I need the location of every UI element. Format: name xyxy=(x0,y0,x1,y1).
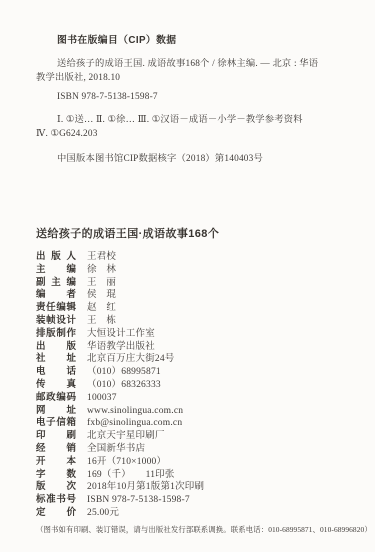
colophon-row-price: 定价 25.00元 xyxy=(36,507,361,520)
colophon-row-label: 副主编 xyxy=(36,277,76,290)
errata-footnote: （图书如有印刷、装订错误，请与出版社发行部联系调换。联系电话：010-68995… xyxy=(36,525,361,534)
colophon-row-label: 邮政编码 xyxy=(36,392,76,405)
colophon-row-value: 王 丽 xyxy=(87,277,116,290)
book-title: 送给孩子的成语王国·成语故事168个 xyxy=(36,228,361,241)
cip-classification: Ⅰ. ①送… Ⅱ. ①徐… Ⅲ. ①汉语－成语－小学－教学参考资料 Ⅳ. ①G6… xyxy=(36,113,361,141)
page-content: 图书在版编目（CIP）数据 送给孩子的成语王国. 成语故事168个 / 徐林主编… xyxy=(36,0,361,534)
colophon-row-compiler: 编者 侯 琨 xyxy=(36,289,361,302)
colophon-row-value: 徐 林 xyxy=(87,264,116,277)
colophon-row-value: 北京天宇星印刷厂 xyxy=(87,430,165,443)
cip-heading: 图书在版编目（CIP）数据 xyxy=(36,32,361,46)
cip-isbn: ISBN 978-7-5138-1598-7 xyxy=(36,90,361,104)
colophon-row-design: 装帧设计 王 栋 xyxy=(36,315,361,328)
colophon-row-format: 开本 16开（710×1000） xyxy=(36,456,361,469)
colophon-row-value: 华语教学出版社 xyxy=(87,341,155,354)
colophon-row-value: 169（千） 11印张 xyxy=(87,469,175,482)
colophon-row-value: ISBN 978-7-5138-1598-7 xyxy=(87,494,190,507)
colophon-row-label: 字数 xyxy=(36,469,76,482)
colophon-row-isbn: 标准书号 ISBN 978-7-5138-1598-7 xyxy=(36,494,361,507)
colophon-row-label: 装帧设计 xyxy=(36,315,76,328)
colophon-row-value: 全国新华书店 xyxy=(87,443,145,456)
colophon-row-value: 王 栋 xyxy=(87,315,116,328)
colophon-rows: 出版人 王君校 主编 徐 林 副主编 王 丽 编者 侯 琨 责任编辑 赵 红 装… xyxy=(36,251,361,520)
colophon-row-value: fxb@sinolingua.com.cn xyxy=(87,417,182,430)
colophon-row-value: （010）68326333 xyxy=(87,379,161,392)
colophon-row-label: 电子信箱 xyxy=(36,417,76,430)
colophon-row-publisher: 出版 华语教学出版社 xyxy=(36,341,361,354)
colophon-row-label: 出版 xyxy=(36,341,76,354)
colophon-row-label: 印刷 xyxy=(36,430,76,443)
colophon-row-label: 主编 xyxy=(36,264,76,277)
colophon-row-website: 网址 www.sinolingua.com.cn xyxy=(36,405,361,418)
colophon-row-label: 网址 xyxy=(36,405,76,418)
colophon-row-label: 编者 xyxy=(36,289,76,302)
colophon-row-postcode: 邮政编码 100037 xyxy=(36,392,361,405)
colophon-row-value: 侯 琨 xyxy=(87,289,116,302)
colophon-row-label: 传真 xyxy=(36,379,76,392)
colophon-row-publisher-person: 出版人 王君校 xyxy=(36,251,361,264)
colophon-row-edition: 版次 2018年10月第1版第1次印刷 xyxy=(36,481,361,494)
colophon-row-label: 经销 xyxy=(36,443,76,456)
copyright-page: 图书在版编目（CIP）数据 送给孩子的成语王国. 成语故事168个 / 徐林主编… xyxy=(0,0,375,552)
colophon-row-label: 定价 xyxy=(36,507,76,520)
colophon-row-printer: 印刷 北京天宇星印刷厂 xyxy=(36,430,361,443)
colophon-row-fax: 传真 （010）68326333 xyxy=(36,379,361,392)
colophon-row-value: 25.00元 xyxy=(87,507,119,520)
colophon-row-value: 大恒设计工作室 xyxy=(87,328,155,341)
colophon-row-value: 100037 xyxy=(87,392,117,405)
colophon-row-deputy-editor: 副主编 王 丽 xyxy=(36,277,361,290)
colophon-row-label: 标准书号 xyxy=(36,494,76,507)
colophon-row-value: 北京百万庄大街24号 xyxy=(87,353,175,366)
colophon-row-value: 16开（710×1000） xyxy=(87,456,166,469)
colophon-row-address: 社址 北京百万庄大街24号 xyxy=(36,353,361,366)
colophon-row-value: 2018年10月第1版第1次印刷 xyxy=(87,481,204,494)
cip-classification-line2: Ⅳ. ①G624.203 xyxy=(36,127,361,141)
colophon-row-typesetting: 排版制作 大恒设计工作室 xyxy=(36,328,361,341)
cip-classification-line1: Ⅰ. ①送… Ⅱ. ①徐… Ⅲ. ①汉语－成语－小学－教学参考资料 xyxy=(36,113,361,127)
colophon-row-label: 开本 xyxy=(36,456,76,469)
colophon-row-label: 电话 xyxy=(36,366,76,379)
colophon-row-label: 责任编辑 xyxy=(36,302,76,315)
colophon-row-label: 社址 xyxy=(36,353,76,366)
colophon-row-value: 赵 红 xyxy=(87,302,116,315)
colophon-row-value: （010）68995871 xyxy=(87,366,161,379)
colophon-row-chief-editor: 主编 徐 林 xyxy=(36,264,361,277)
colophon-row-value: www.sinolingua.com.cn xyxy=(87,405,183,418)
colophon-row-telephone: 电话 （010）68995871 xyxy=(36,366,361,379)
cip-record: 送给孩子的成语王国. 成语故事168个 / 徐林主编. — 北京 : 华语 教学… xyxy=(36,57,361,85)
colophon-row-responsible-editor: 责任编辑 赵 红 xyxy=(36,302,361,315)
colophon-row-email: 电子信箱 fxb@sinolingua.com.cn xyxy=(36,417,361,430)
cip-record-line1: 送给孩子的成语王国. 成语故事168个 / 徐林主编. — 北京 : 华语 xyxy=(36,57,361,71)
colophon-row-label: 排版制作 xyxy=(36,328,76,341)
colophon-row-value: 王君校 xyxy=(87,251,116,264)
colophon-row-wordcount: 字数 169（千） 11印张 xyxy=(36,469,361,482)
cip-record-line2: 教学出版社, 2018.10 xyxy=(36,71,361,85)
colophon-row-label: 出版人 xyxy=(36,251,76,264)
cip-registry: 中国版本图书馆CIP数据核字（2018）第140403号 xyxy=(36,152,361,166)
colophon-row-label: 版次 xyxy=(36,481,76,494)
colophon-row-distributor: 经销 全国新华书店 xyxy=(36,443,361,456)
